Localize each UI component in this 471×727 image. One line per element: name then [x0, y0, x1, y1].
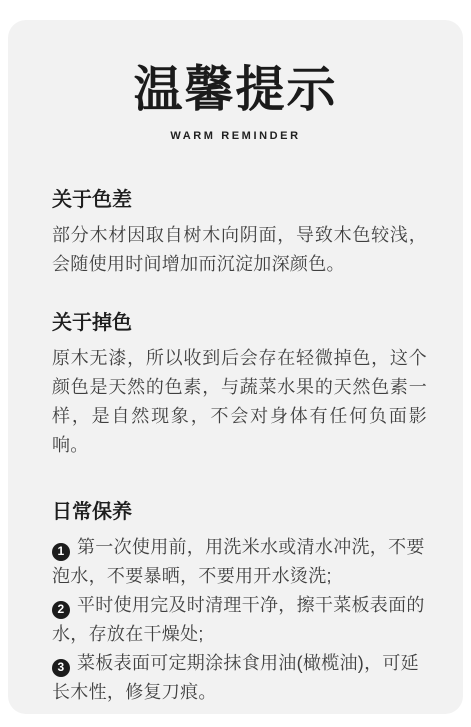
care-step-1-text: 第一次使用前，用洗米水或清水冲洗，不要泡水，不要暴晒，不要用开水烫洗; [52, 537, 425, 586]
section-daily-care: 日常保养 1第一次使用前，用洗米水或清水冲洗，不要泡水，不要暴晒，不要用开水烫洗… [52, 500, 427, 707]
care-step-3-text: 菜板表面可定期涂抹食用油(橄榄油)，可延长木性，修复刀痕。 [52, 653, 419, 702]
page-subtitle: WARM REMINDER [8, 130, 463, 142]
step-3-number-badge: 3 [52, 659, 70, 677]
section-color-difference: 关于色差 部分木材因取自树木向阴面，导致木色较浅，会随使用时间增加而沉淀加深颜色… [52, 188, 427, 279]
section-heading-color-fading: 关于掉色 [52, 311, 427, 335]
sections-container: 关于色差 部分木材因取自树木向阴面，导致木色较浅，会随使用时间增加而沉淀加深颜色… [8, 188, 463, 707]
title-block: 温馨提示 WARM REMINDER [8, 20, 463, 142]
section-color-fading: 关于掉色 原木无漆，所以收到后会存在轻微掉色，这个颜色是天然的色素，与蔬菜水果的… [52, 311, 427, 460]
step-1-number-badge: 1 [52, 543, 70, 561]
page-background: 温馨提示 WARM REMINDER 关于色差 部分木材因取自树木向阴面，导致木… [0, 0, 471, 727]
care-step-1: 1第一次使用前，用洗米水或清水冲洗，不要泡水，不要暴晒，不要用开水烫洗; [52, 533, 427, 591]
page-title: 温馨提示 [8, 62, 463, 118]
care-step-3: 3菜板表面可定期涂抹食用油(橄榄油)，可延长木性，修复刀痕。 [52, 649, 427, 707]
step-2-number-badge: 2 [52, 601, 70, 619]
care-step-2-text: 平时使用完及时清理干净，擦干菜板表面的水，存放在干燥处; [52, 595, 425, 644]
section-heading-color-difference: 关于色差 [52, 188, 427, 212]
section-body-color-fading: 原木无漆，所以收到后会存在轻微掉色，这个颜色是天然的色素，与蔬菜水果的天然色素一… [52, 344, 427, 460]
section-body-color-difference: 部分木材因取自树木向阴面，导致木色较浅，会随使用时间增加而沉淀加深颜色。 [52, 221, 427, 279]
care-step-2: 2平时使用完及时清理干净，擦干菜板表面的水，存放在干燥处; [52, 591, 427, 649]
section-heading-daily-care: 日常保养 [52, 500, 427, 524]
reminder-card: 温馨提示 WARM REMINDER 关于色差 部分木材因取自树木向阴面，导致木… [8, 20, 463, 714]
